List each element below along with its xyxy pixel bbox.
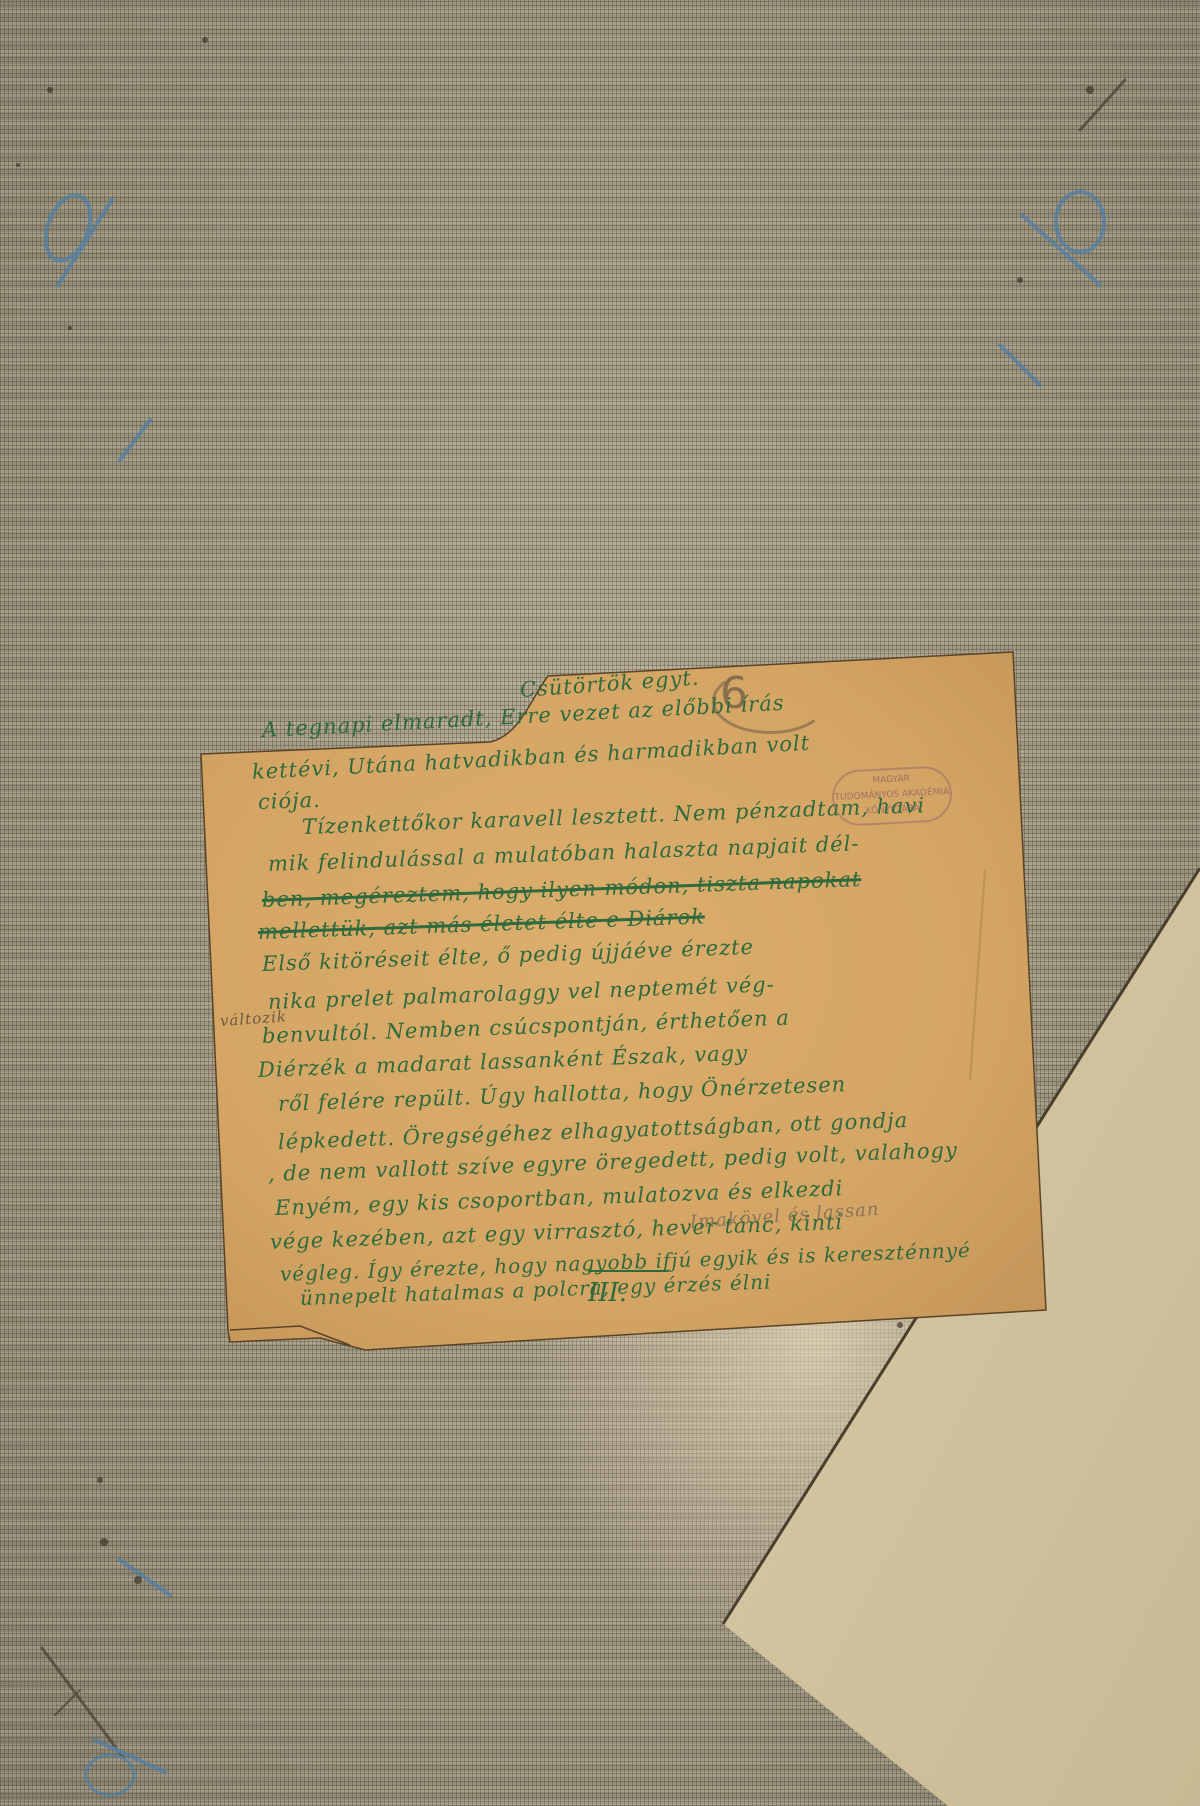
- manuscript-line: ciója.: [258, 788, 322, 814]
- section-mark: III.: [588, 1278, 627, 1308]
- manuscript-paper: [0, 0, 1200, 1806]
